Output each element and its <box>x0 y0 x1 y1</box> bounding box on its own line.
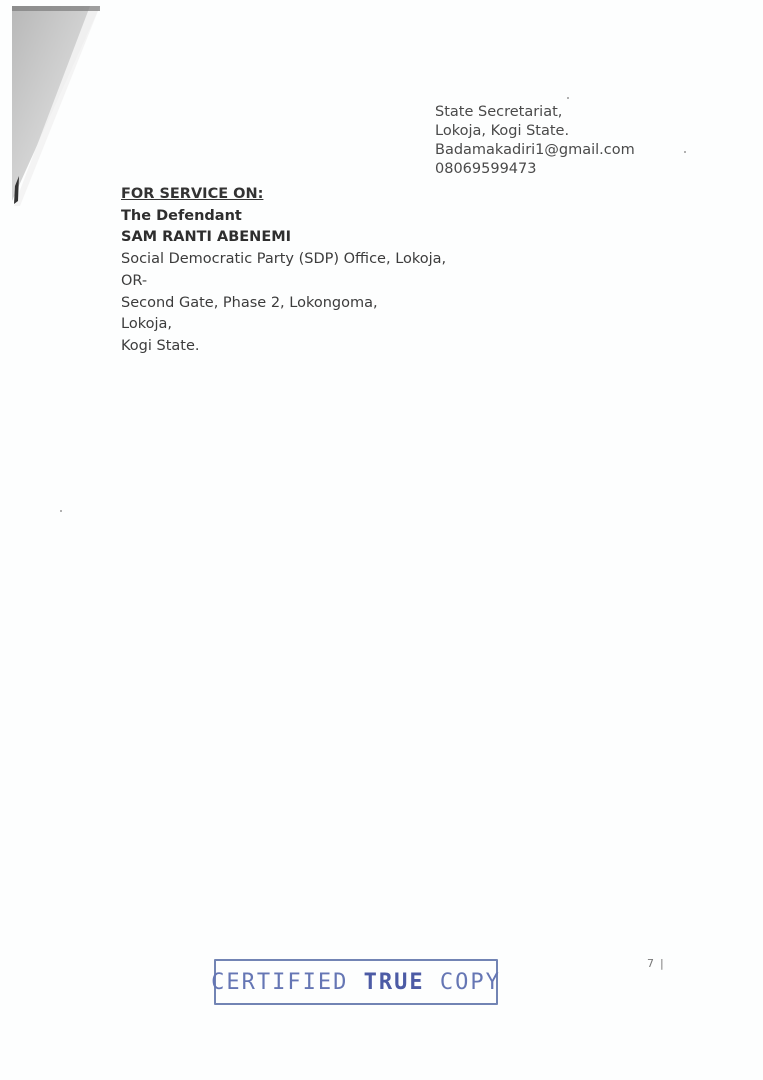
scan-shadow-artifact <box>12 6 102 206</box>
scan-speck <box>684 151 686 153</box>
scan-speck <box>60 510 62 512</box>
party-label: The Defendant <box>121 206 446 228</box>
address-line: Lokoja, <box>121 314 446 336</box>
service-block: FOR SERVICE ON: The Defendant SAM RANTI … <box>121 184 446 358</box>
page-separator: | <box>660 957 664 970</box>
sender-address: State Secretariat, Lokoja, Kogi State. B… <box>435 103 635 179</box>
stamp-text-copy: COPY <box>425 970 501 995</box>
defendant-name: SAM RANTI ABENEMI <box>121 227 446 249</box>
scan-speck <box>567 97 569 99</box>
address-line: OR- <box>121 271 446 293</box>
sender-line: State Secretariat, <box>435 103 635 122</box>
sender-phone: 08069599473 <box>435 160 635 179</box>
stamp-text-certified: CERTIFIED <box>211 970 363 995</box>
page-number: 7| <box>647 957 664 970</box>
page-number-value: 7 <box>647 957 654 970</box>
service-heading: FOR SERVICE ON: <box>121 184 446 206</box>
address-line: Social Democratic Party (SDP) Office, Lo… <box>121 249 446 271</box>
address-line: Second Gate, Phase 2, Lokongoma, <box>121 293 446 315</box>
address-line: Kogi State. <box>121 336 446 358</box>
stamp-text-true: TRUE <box>364 970 425 995</box>
sender-line: Lokoja, Kogi State. <box>435 122 635 141</box>
certified-true-copy-stamp: CERTIFIED TRUE COPY <box>214 959 498 1005</box>
sender-email: Badamakadiri1@gmail.com <box>435 141 635 160</box>
